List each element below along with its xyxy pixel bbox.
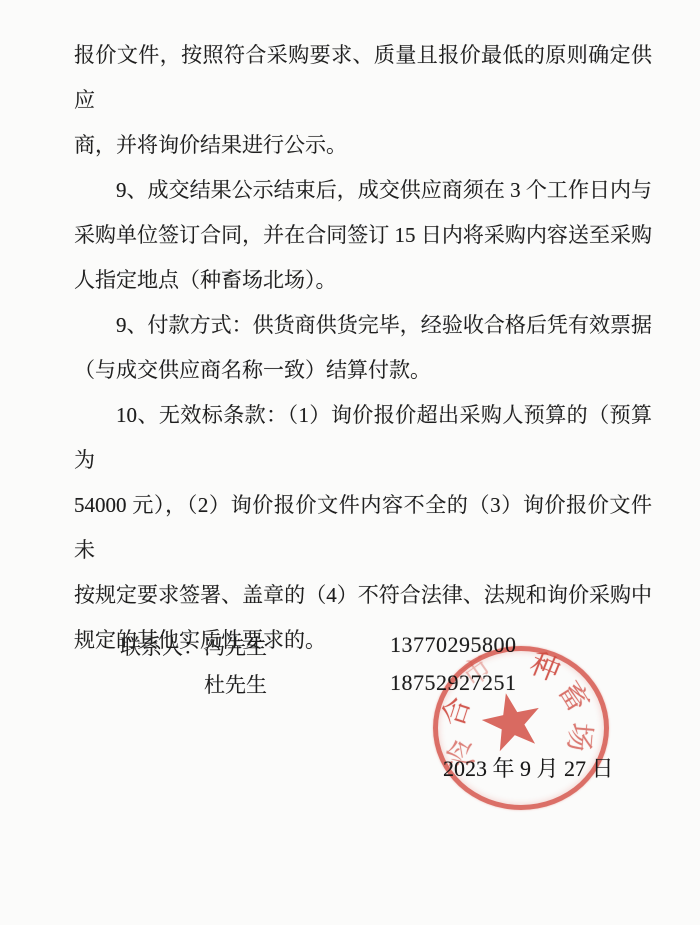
text-line: 商，并将询价结果进行公示。 bbox=[74, 123, 652, 168]
text-line: 报价文件，按照符合采购要求、质量且报价最低的原则确定供应 bbox=[74, 33, 652, 123]
paragraph: 9、付款方式：供货商供货完毕，经验收合格后凭有效票据 （与成交供应商名称一致）结… bbox=[74, 303, 652, 393]
text-line: 9、付款方式：供货商供货完毕，经验收合格后凭有效票据 bbox=[74, 303, 652, 348]
text-line: 按规定要求签署、盖章的（4）不符合法律、法规和询价采购中 bbox=[74, 573, 652, 618]
text-line: 10、无效标条款：（1）询价报价超出采购人预算的（预算为 bbox=[74, 393, 652, 483]
contact-label: 联系人： bbox=[120, 635, 204, 659]
stamp-character: 场 bbox=[563, 721, 596, 754]
text-line: （与成交供应商名称一致）结算付款。 bbox=[74, 348, 652, 393]
text-line: 采购单位签订合同，并在合同签订 15 日内将采购内容送至采购 bbox=[74, 213, 652, 258]
scanned-document-page: 报价文件，按照符合采购要求、质量且报价最低的原则确定供应 商，并将询价结果进行公… bbox=[0, 0, 700, 925]
official-seal-stamp: 泠 合 市 种 畜 场 bbox=[433, 646, 609, 810]
date-line: 2023 年 9 月 27 日 bbox=[443, 752, 614, 783]
paragraph: 10、无效标条款：（1）询价报价超出采购人预算的（预算为 54000 元），（2… bbox=[74, 393, 652, 663]
contact-name: 冯先生 bbox=[204, 635, 267, 659]
paragraph: 9、成交结果公示结束后，成交供应商须在 3 个工作日内与 采购单位签订合同，并在… bbox=[74, 168, 652, 303]
paragraph: 报价文件，按照符合采购要求、质量且报价最低的原则确定供应 商，并将询价结果进行公… bbox=[74, 33, 652, 168]
text-line: 人指定地点（种畜场北场）。 bbox=[74, 258, 652, 303]
star-icon bbox=[474, 684, 550, 760]
document-body: 报价文件，按照符合采购要求、质量且报价最低的原则确定供应 商，并将询价结果进行公… bbox=[74, 33, 652, 663]
contact-name: 杜先生 bbox=[204, 673, 267, 697]
text-line: 54000 元），（2）询价报价文件内容不全的（3）询价报价文件未 bbox=[74, 483, 652, 573]
text-line: 9、成交结果公示结束后，成交供应商须在 3 个工作日内与 bbox=[74, 168, 652, 213]
